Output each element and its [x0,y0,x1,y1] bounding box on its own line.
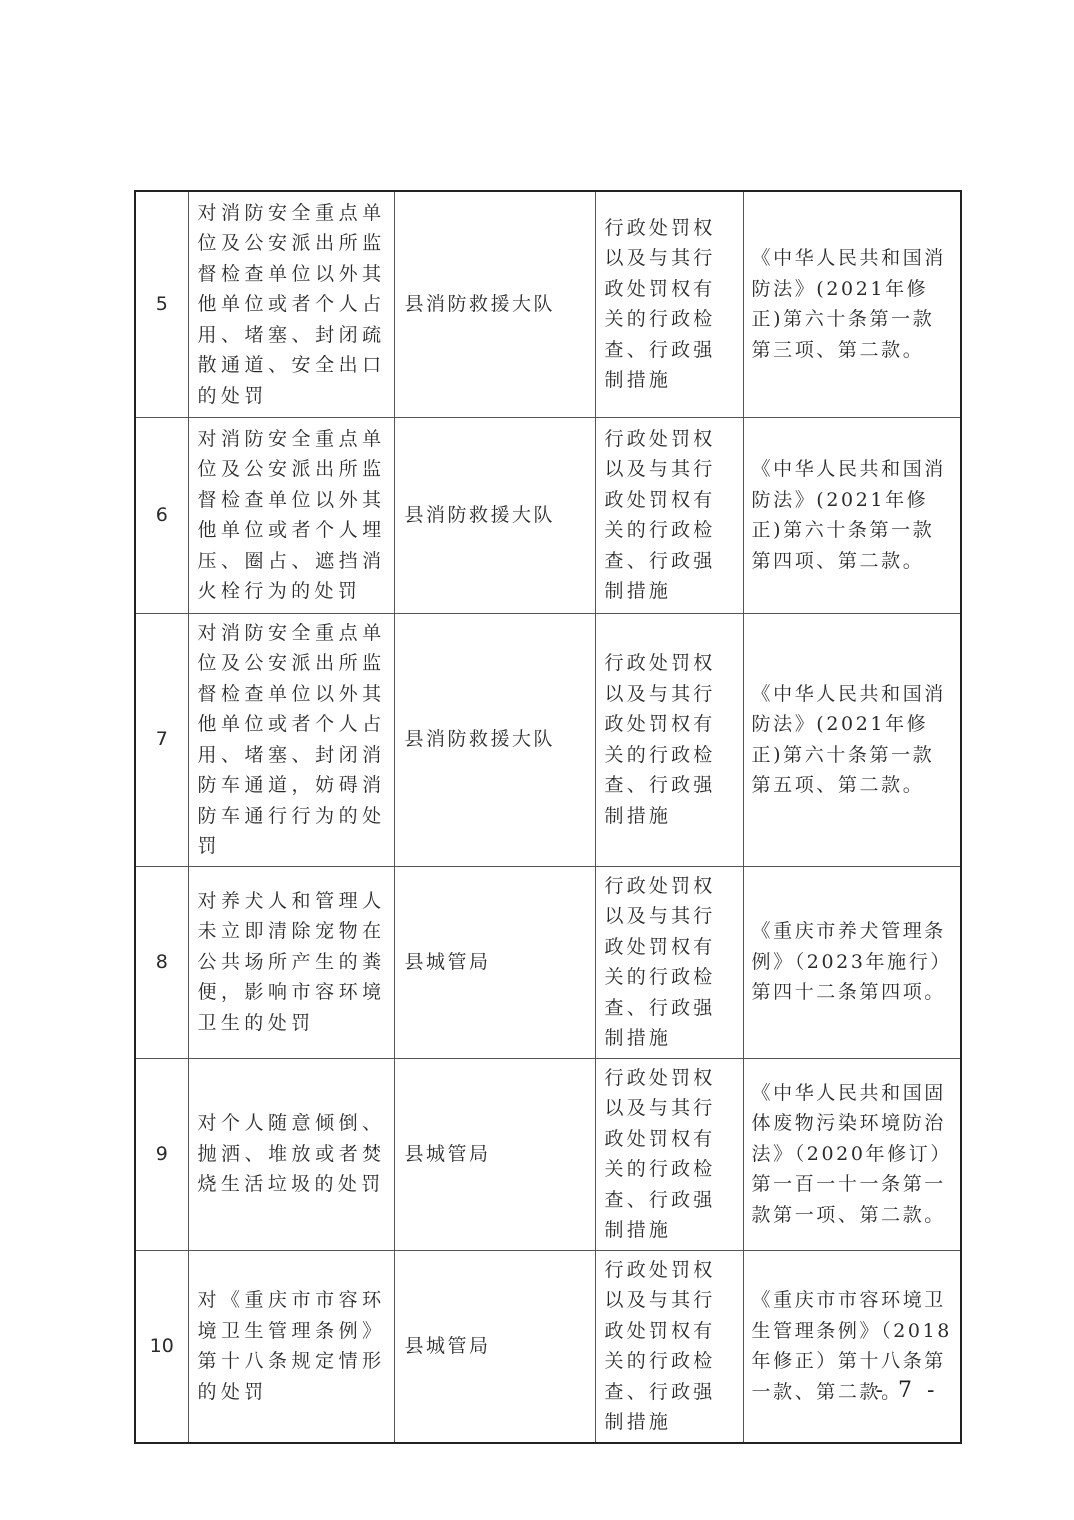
row-number: 6 [135,417,188,613]
table-row: 6 对消防安全重点单位及公安派出所监督检查单位以外其他单位或者个人埋压、圈占、遮… [135,417,961,613]
legal-basis: 《重庆市养犬管理条例》（2023年施行）第四十二条第四项。 [743,866,961,1058]
legal-basis: 《重庆市市容环境卫生管理条例》（2018年修正）第十八条第一款、第二款。 [743,1250,961,1443]
power-type: 行政处罚权以及与其行政处罚权有关的行政检查、行政强制措施 [595,1058,743,1250]
department: 县城管局 [394,1058,595,1250]
legal-basis: 《中华人民共和国消防法》(2021年修正)第六十条第一款第三项、第二款。 [743,191,961,417]
item-name: 对《重庆市市容环境卫生管理条例》第十八条规定情形的处罚 [188,1250,394,1443]
department: 县消防救援大队 [394,417,595,613]
item-name: 对个人随意倾倒、抛洒、堆放或者焚烧生活垃圾的处罚 [188,1058,394,1250]
power-type: 行政处罚权以及与其行政处罚权有关的行政检查、行政强制措施 [595,866,743,1058]
item-name: 对消防安全重点单位及公安派出所监督检查单位以外其他单位或者个人占用、堵塞、封闭消… [188,613,394,866]
legal-basis: 《中华人民共和国消防法》(2021年修正)第六十条第一款第四项、第二款。 [743,417,961,613]
row-number: 9 [135,1058,188,1250]
row-number: 10 [135,1250,188,1443]
row-number: 5 [135,191,188,417]
table-row: 10 对《重庆市市容环境卫生管理条例》第十八条规定情形的处罚 县城管局 行政处罚… [135,1250,961,1443]
department: 县消防救援大队 [394,191,595,417]
item-name: 对消防安全重点单位及公安派出所监督检查单位以外其他单位或者个人埋压、圈占、遮挡消… [188,417,394,613]
row-number: 8 [135,866,188,1058]
table-row: 8 对养犬人和管理人未立即清除宠物在公共场所产生的粪便，影响市容环境卫生的处罚 … [135,866,961,1058]
page-number: - 7 - [862,1378,952,1403]
item-name: 对养犬人和管理人未立即清除宠物在公共场所产生的粪便，影响市容环境卫生的处罚 [188,866,394,1058]
power-type: 行政处罚权以及与其行政处罚权有关的行政检查、行政强制措施 [595,613,743,866]
power-type: 行政处罚权以及与其行政处罚权有关的行政检查、行政强制措施 [595,191,743,417]
authority-table: 5 对消防安全重点单位及公安派出所监督检查单位以外其他单位或者个人占用、堵塞、封… [134,190,962,1444]
item-name: 对消防安全重点单位及公安派出所监督检查单位以外其他单位或者个人占用、堵塞、封闭疏… [188,191,394,417]
power-type: 行政处罚权以及与其行政处罚权有关的行政检查、行政强制措施 [595,1250,743,1443]
legal-basis: 《中华人民共和国固体废物污染环境防治法》（2020年修订）第一百一十一条第一款第… [743,1058,961,1250]
table-row: 7 对消防安全重点单位及公安派出所监督检查单位以外其他单位或者个人占用、堵塞、封… [135,613,961,866]
department: 县消防救援大队 [394,613,595,866]
row-number: 7 [135,613,188,866]
table-row: 5 对消防安全重点单位及公安派出所监督检查单位以外其他单位或者个人占用、堵塞、封… [135,191,961,417]
table-row: 9 对个人随意倾倒、抛洒、堆放或者焚烧生活垃圾的处罚 县城管局 行政处罚权以及与… [135,1058,961,1250]
department: 县城管局 [394,866,595,1058]
department: 县城管局 [394,1250,595,1443]
power-type: 行政处罚权以及与其行政处罚权有关的行政检查、行政强制措施 [595,417,743,613]
legal-basis: 《中华人民共和国消防法》(2021年修正)第六十条第一款第五项、第二款。 [743,613,961,866]
